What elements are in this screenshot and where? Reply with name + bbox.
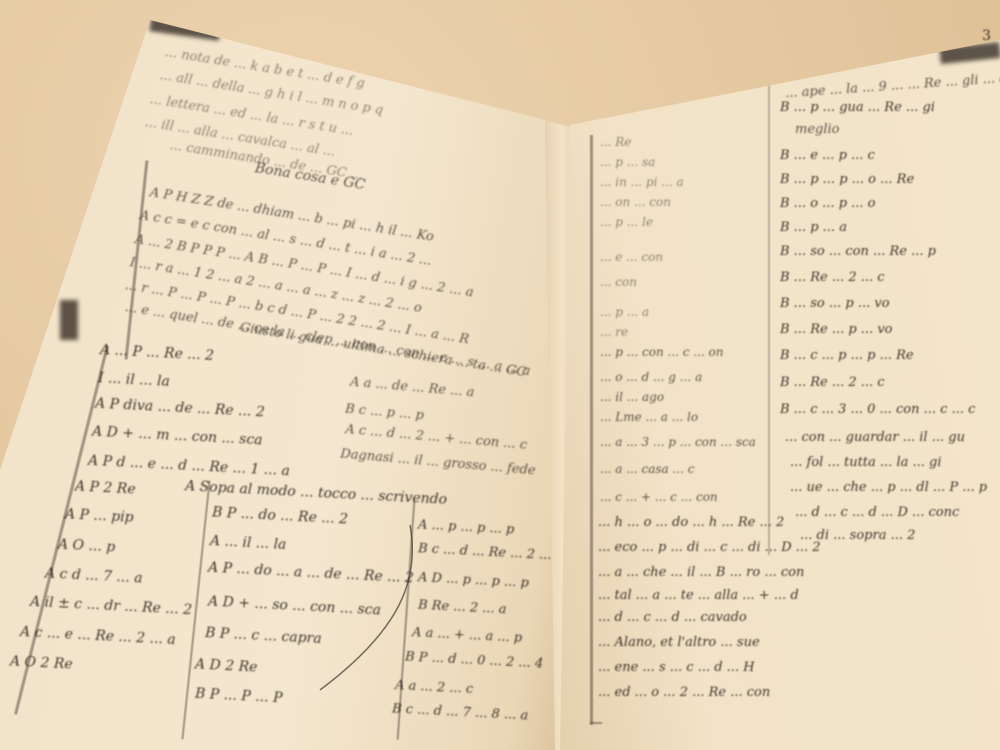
text-line: B ... Re ... 2 ... c xyxy=(780,270,885,285)
ink-smudge xyxy=(60,300,78,340)
text-line: A c ... e ... Re ... 2 ... a xyxy=(20,624,176,648)
text-line: ... di ... sopra ... 2 xyxy=(800,528,915,543)
text-line: B c ... d ... 7 ... 8 ... a xyxy=(392,701,529,723)
photo-scene: ... nota de ... k a b e t ... d e f g ..… xyxy=(0,0,1000,750)
text-line: B ... e ... p ... c xyxy=(780,148,875,163)
text-line: A O 2 Re xyxy=(10,653,73,672)
text-line: B ... so ... p ... vo xyxy=(780,296,890,311)
text-line: B ... so ... con ... Re ... p xyxy=(780,244,936,259)
text-line: ... a ... 3 ... p ... con ... sca xyxy=(600,435,756,449)
page-number: 3 xyxy=(982,28,991,44)
text-line: ... p ... con ... c ... on xyxy=(600,345,724,359)
text-line: ... tal ... a ... te ... alla ... + ... … xyxy=(598,588,799,603)
ink-curve-stroke xyxy=(300,520,440,700)
text-line: B ... Re ... 2 ... c xyxy=(780,375,885,390)
text-line: ... c ... + ... c ... con xyxy=(600,490,718,504)
text-line: meglio xyxy=(795,122,839,137)
text-line: B c ... p ... p xyxy=(344,402,424,424)
text-line: A a ... de ... Re ... a xyxy=(350,375,475,401)
margin-line xyxy=(590,135,593,725)
text-line: ... h ... o ... do ... h ... Re ... 2 xyxy=(598,515,784,530)
text-line: ... p ... sa xyxy=(600,155,655,169)
text-line: A il ± c ... dr ... Re ... 2 xyxy=(30,594,193,618)
text-line: A O ... p xyxy=(58,537,116,556)
text-line: ... d ... c ... d ... cavado xyxy=(598,610,747,625)
text-line: A ... il ... la xyxy=(210,533,287,553)
text-line: ... eco ... p ... di ... c ... di ... D … xyxy=(598,540,821,555)
text-line: A D 2 Re xyxy=(195,656,258,675)
text-line: ... con xyxy=(600,275,637,289)
column-line xyxy=(768,85,770,555)
text-line: ... Alano, et l'altro ... sue xyxy=(598,635,760,650)
text-line: ... d ... c ... d ... D ... conc xyxy=(795,505,959,520)
text-line: B ... o ... p ... o xyxy=(780,196,876,211)
text-line: B ... p ... gua ... Re ... gi xyxy=(780,100,935,115)
margin-line-foot xyxy=(590,722,602,724)
text-line: A P ... pip xyxy=(65,506,134,526)
text-line: I ... il ... la xyxy=(98,370,171,390)
text-line: A ... P ... Re ... 2 xyxy=(100,342,215,364)
text-line: B ... Re ... p ... vo xyxy=(780,322,893,337)
text-line: A D + ... m ... con ... sca xyxy=(92,424,263,449)
text-line: ... Re xyxy=(600,135,631,149)
text-line: A c d ... 7 ... a xyxy=(45,565,143,586)
text-line: ... ene ... s ... c ... d ... H xyxy=(598,660,755,675)
text-line: B ... p ... a xyxy=(780,220,847,235)
text-line: ... il ... ago xyxy=(600,390,664,404)
text-line: B ... c ... 3 ... 0 ... con ... c ... c xyxy=(780,402,975,417)
text-line: ... con ... guardar ... il ... gu xyxy=(785,430,965,445)
text-line: ... o ... d ... g ... a xyxy=(600,370,702,384)
text-line: B P ... P ... P xyxy=(195,686,283,707)
text-line: ... p ... a xyxy=(600,305,649,319)
text-line: ... a ... che ... il ... B ... ro ... co… xyxy=(598,565,804,580)
text-line: B ... p ... p ... o ... Re xyxy=(780,172,914,187)
text-line: ... e ... con xyxy=(600,250,663,264)
text-line: B ... c ... p ... p ... Re xyxy=(780,348,914,363)
text-line: ... a ... casa ... c xyxy=(600,462,694,476)
text-line: A P diva ... de ... Re ... 2 xyxy=(95,396,265,421)
text-line: A P d ... e ... d ... Re ... 1 ... a xyxy=(88,453,291,480)
text-line: ... ue ... che ... p ... dl ... P ... p xyxy=(790,480,987,495)
text-line: A P 2 Re xyxy=(75,478,136,497)
text-line: ... re xyxy=(600,325,628,339)
text-line: ... Lme ... a ... lo xyxy=(600,410,698,424)
text-line: ... fol ... tutta ... la ... gi xyxy=(790,455,942,470)
text-line: ... on ... con xyxy=(600,195,671,209)
text-line: ... in ... pi ... a xyxy=(600,175,684,189)
column-2-header: A Sopa al modo ... tocco ... scrivendo xyxy=(185,478,448,508)
text-line: Dagnasi ... il ... grosso ... fede xyxy=(340,446,536,478)
text-line: ... p ... le xyxy=(600,215,653,229)
text-line: ... ed ... o ... 2 ... Re ... con xyxy=(598,685,770,700)
